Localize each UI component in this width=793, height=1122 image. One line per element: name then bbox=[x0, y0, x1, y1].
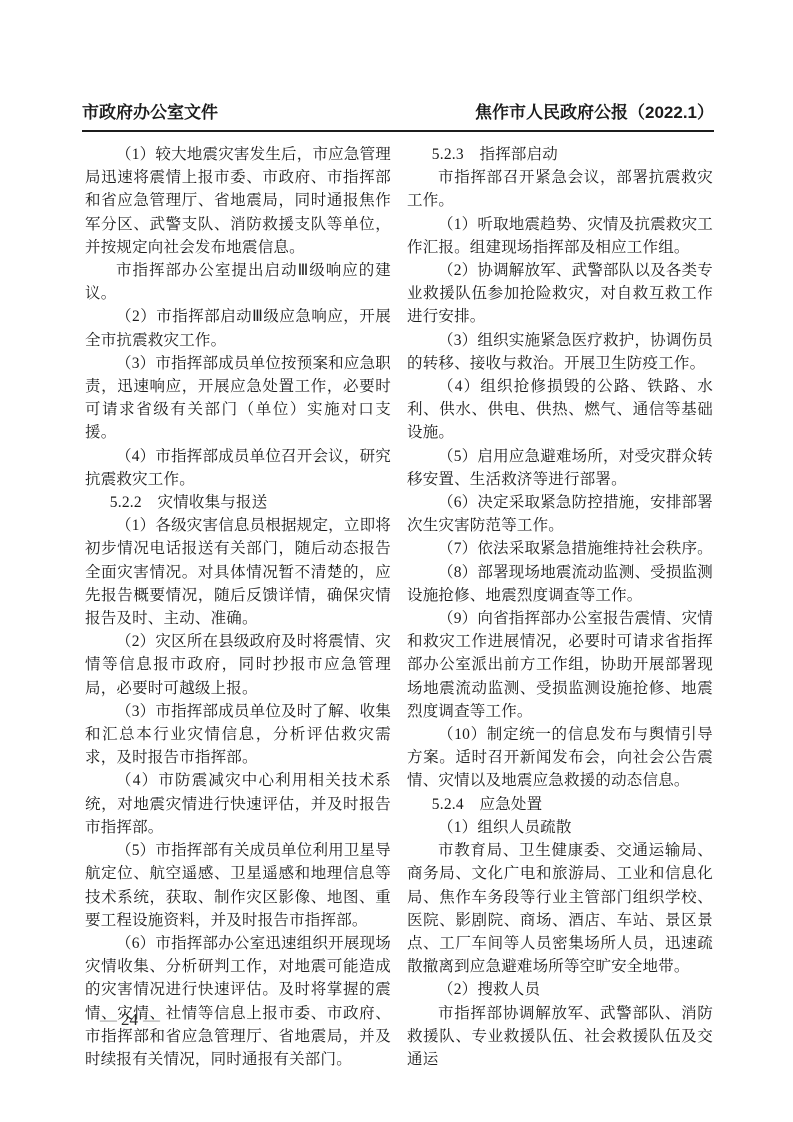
document-page: 市政府办公室文件 焦作市人民政府公报（2022.1） （1）较大地震灾害发生后，… bbox=[0, 0, 793, 1122]
paragraph: （4）组织抢修损毁的公路、铁路、水利、供水、供电、供热、燃气、通信等基础设施。 bbox=[407, 375, 713, 445]
paragraph: （9）向省指挥部办公室报告震情、灾情和救灾工作进展情况，必要时可请求省指挥部办公… bbox=[407, 607, 713, 723]
paragraph: （4）市防震减灾中心利用相关技术系统，对地震灾情进行快速评估，并及时报告市指挥部… bbox=[85, 769, 391, 839]
paragraph: （3）市指挥部成员单位按预案和应急职责，迅速响应，开展应急处置工作，必要时可请求… bbox=[85, 352, 391, 445]
paragraph: （5）市指挥部有关成员单位利用卫星导航定位、航空遥感、卫星遥感和地理信息等技术系… bbox=[85, 839, 391, 932]
paragraph: （1）各级灾害信息员根据规定，立即将初步情况电话报送有关部门，随后动态报告全面灾… bbox=[85, 514, 391, 630]
paragraph: （2）市指挥部启动Ⅲ级应急响应，开展全市抗震救灾工作。 bbox=[85, 305, 391, 351]
footer-right-dash: — bbox=[143, 1010, 159, 1029]
paragraph: （7）依法采取紧急措施维持社会秩序。 bbox=[407, 537, 713, 560]
page-footer: —24— bbox=[100, 1010, 159, 1030]
right-column: 5.2.3 指挥部启动 市指挥部召开紧急会议，部署抗震救灾工作。 （1）听取地震… bbox=[407, 143, 713, 1071]
paragraph: （10）制定统一的信息发布与舆情引导方案。适时召开新闻发布会，向社会公告震情、灾… bbox=[407, 723, 713, 793]
page-header: 市政府办公室文件 焦作市人民政府公报（2022.1） bbox=[82, 98, 714, 132]
paragraph: 市指挥部办公室提出启动Ⅲ级响应的建议。 bbox=[85, 259, 391, 305]
paragraph: （1）较大地震灾害发生后，市应急管理局迅速将震情上报市委、市政府、市指挥部和省应… bbox=[85, 143, 391, 259]
paragraph: （8）部署现场地震流动监测、受损监测设施抢修、地震烈度调查等工作。 bbox=[407, 561, 713, 607]
footer-left-dash: — bbox=[100, 1010, 116, 1029]
paragraph: （1）听取地震趋势、灾情及抗震救灾工作汇报。组建现场指挥部及相应工作组。 bbox=[407, 213, 713, 259]
paragraph: （2）搜救人员 bbox=[407, 978, 713, 1001]
paragraph: 市指挥部召开紧急会议，部署抗震救灾工作。 bbox=[407, 166, 713, 212]
section-heading: 5.2.2 灾情收集与报送 bbox=[85, 491, 391, 514]
left-column: （1）较大地震灾害发生后，市应急管理局迅速将震情上报市委、市政府、市指挥部和省应… bbox=[85, 143, 391, 1071]
paragraph: 市教育局、卫生健康委、交通运输局、商务局、文化广电和旅游局、工业和信息化局、焦作… bbox=[407, 839, 713, 978]
paragraph: （3）组织实施紧急医疗救护，协调伤员的转移、接收与救治。开展卫生防疫工作。 bbox=[407, 329, 713, 375]
paragraph: 市指挥部协调解放军、武警部队、消防救援队、专业救援队伍、社会救援队伍及交通运 bbox=[407, 1002, 713, 1072]
paragraph: （3）市指挥部成员单位及时了解、收集和汇总本行业灾情信息，分析评估救灾需求，及时… bbox=[85, 700, 391, 770]
paragraph: （2）灾区所在县级政府及时将震情、灾情等信息报市政府，同时抄报市应急管理局，必要… bbox=[85, 630, 391, 700]
header-left-title: 市政府办公室文件 bbox=[82, 98, 218, 123]
paragraph: （4）市指挥部成员单位召开会议，研究抗震救灾工作。 bbox=[85, 445, 391, 491]
paragraph: （5）启用应急避难场所，对受灾群众转移安置、生活救济等进行部署。 bbox=[407, 445, 713, 491]
section-heading: 5.2.3 指挥部启动 bbox=[407, 143, 713, 166]
paragraph: （6）决定采取紧急防控措施，安排部署次生灾害防范等工作。 bbox=[407, 491, 713, 537]
paragraph: （2）协调解放军、武警部队以及各类专业救援队伍参加抢险救灾，对自救互救工作进行安… bbox=[407, 259, 713, 329]
header-right-title: 焦作市人民政府公报（2022.1） bbox=[475, 98, 714, 123]
paragraph: （6）市指挥部办公室迅速组织开展现场灾情收集、分析研判工作，对地震可能造成的灾害… bbox=[85, 932, 391, 1071]
section-heading: 5.2.4 应急处置 bbox=[407, 793, 713, 816]
document-body: （1）较大地震灾害发生后，市应急管理局迅速将震情上报市委、市政府、市指挥部和省应… bbox=[85, 143, 713, 1071]
paragraph: （1）组织人员疏散 bbox=[407, 816, 713, 839]
page-number: 24 bbox=[121, 1010, 138, 1029]
